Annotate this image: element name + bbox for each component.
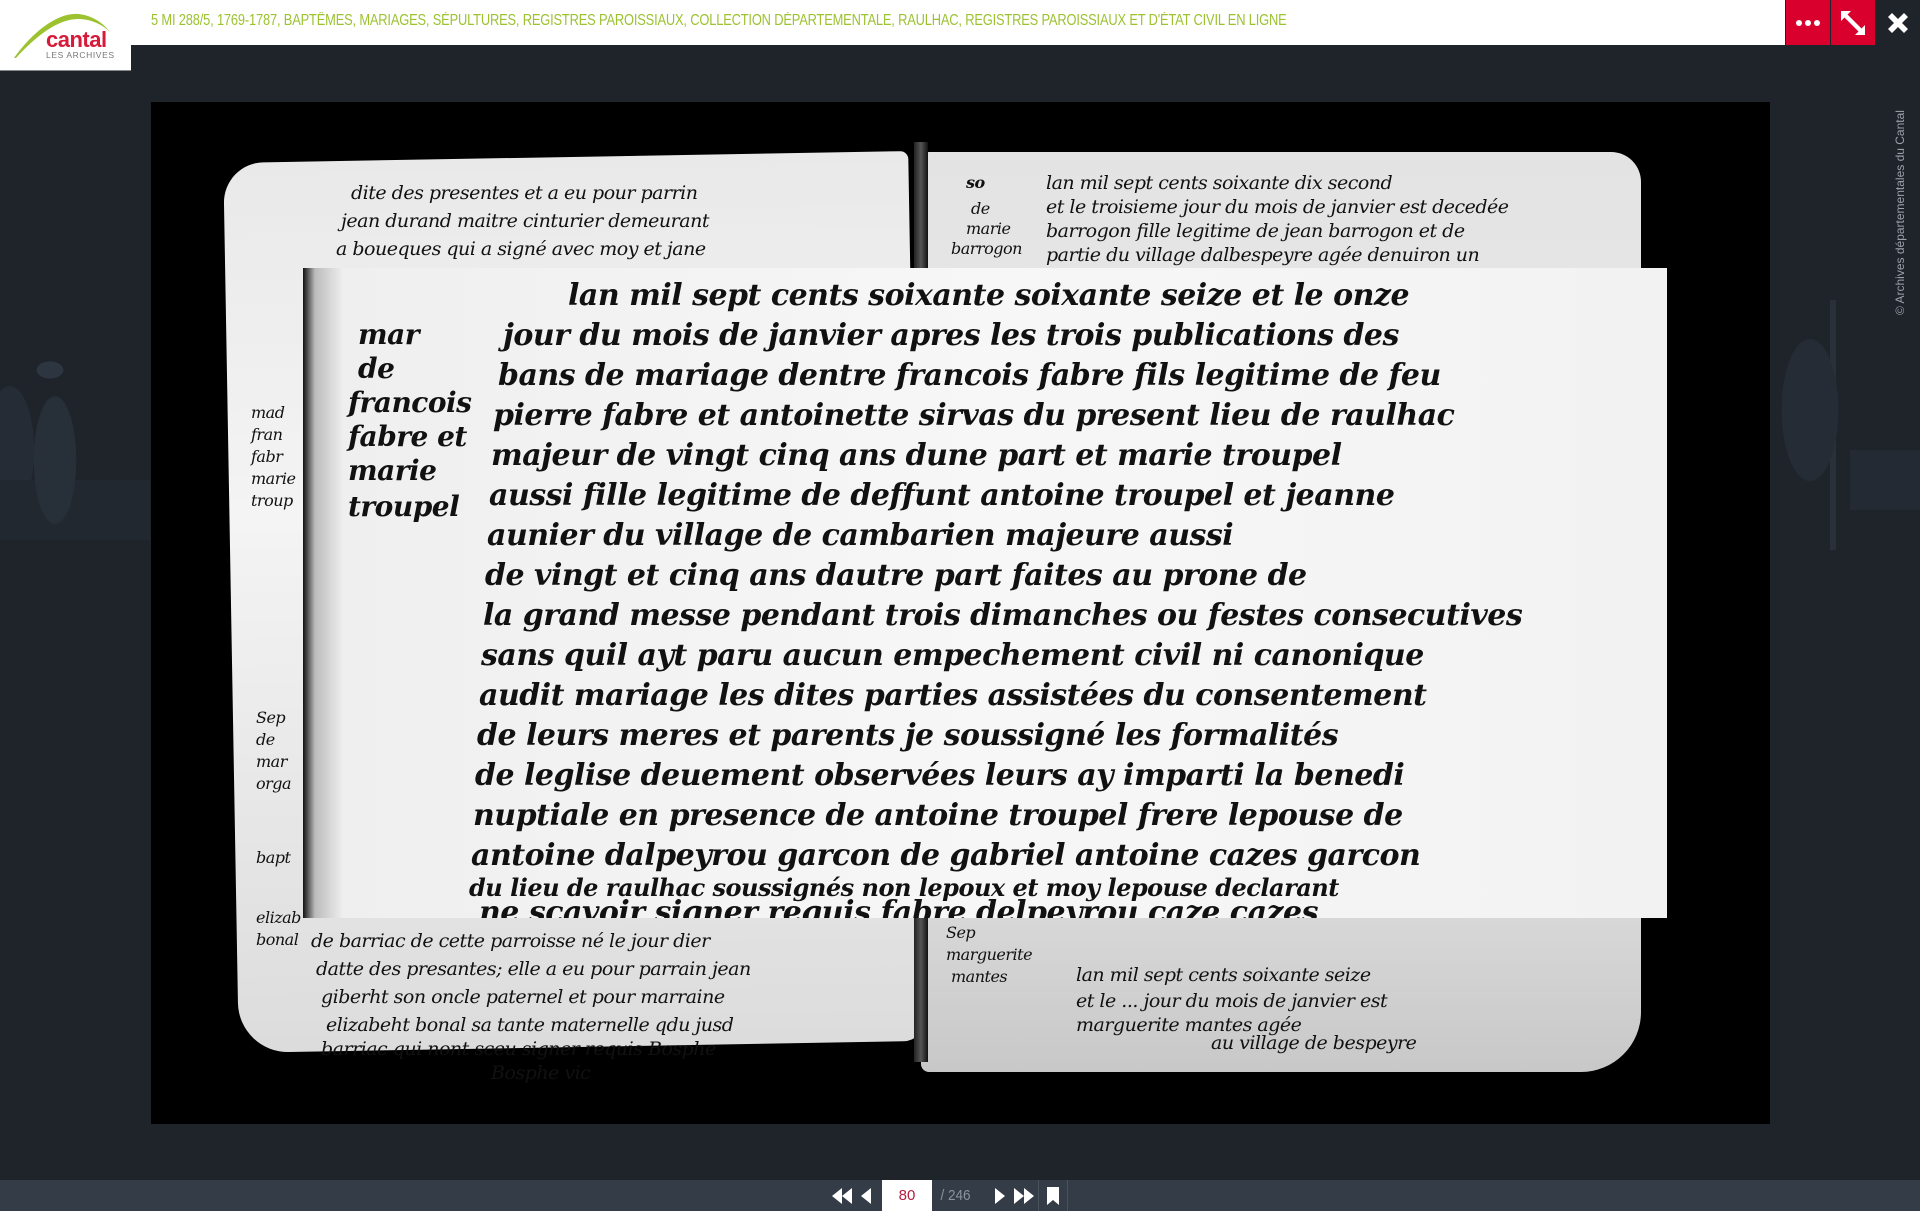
handwriting-line: audit mariage les dites parties assistée… (479, 676, 1427, 717)
first-page-button[interactable] (830, 1180, 854, 1211)
margin-note: de (971, 198, 990, 220)
handwriting-line: lan mil sept cents soixante seize (1076, 962, 1371, 988)
close-button[interactable] (1876, 0, 1920, 45)
last-page-button[interactable] (1012, 1180, 1036, 1211)
handwriting-line: dite des presentes et a eu pour parrin (351, 180, 697, 206)
close-x-icon (1886, 11, 1910, 35)
triangle-left-icon (860, 1187, 872, 1205)
handwriting-line: nuptiale en presence de antoine troupel … (473, 796, 1403, 837)
handwriting-line: Bosphe vic (491, 1060, 590, 1086)
handwriting-line: jean durand maitre cinturier demeurant (341, 208, 709, 234)
double-chevron-left-icon (831, 1187, 853, 1205)
handwriting-line: pierre fabre et antoinette sirvas du pre… (493, 396, 1454, 437)
handwriting-line: au village de bespeyre (1211, 1030, 1416, 1056)
margin-note: elizab (256, 907, 301, 929)
handwriting-line: majeur de vingt cinq ans dune part et ma… (491, 436, 1342, 477)
toolbar-divider (1038, 1180, 1039, 1211)
margin-note: troupel (348, 490, 459, 524)
handwriting-line: jour du mois de janvier apres les trois … (503, 316, 1399, 357)
handwriting-line: elizabeht bonal sa tante maternelle qdu … (326, 1012, 733, 1038)
margin-note: mar (256, 751, 287, 773)
bookmark-icon (1046, 1186, 1060, 1206)
expand-arrows-icon (1838, 8, 1868, 38)
handwriting-line: et le ... jour du mois de janvier est (1076, 988, 1387, 1014)
margin-note: orga (256, 773, 291, 795)
triangle-right-icon (994, 1187, 1006, 1205)
handwriting-line: sans quil ayt paru aucun empechement civ… (481, 636, 1424, 677)
header-bar: 5 MI 288/5, 1769-1787, BAPTÊMES, MARIAGE… (0, 0, 1785, 45)
margin-note: barrogon (951, 238, 1022, 260)
copyright-notice: © Archives départementales du Cantal (1893, 110, 1907, 315)
margin-note: fran (251, 424, 282, 446)
toolbar-divider (1067, 1180, 1068, 1211)
margin-note: Sep (946, 922, 975, 944)
handwriting-line: barrogon fille legitime de jean barrogon… (1046, 218, 1465, 244)
margin-note: mar (358, 318, 419, 352)
page-navigation: / 246 (830, 1180, 1070, 1211)
background-illustration-left (0, 300, 150, 540)
margin-note: bonal (256, 929, 298, 951)
margin-note: mantes (951, 966, 1007, 988)
margin-note: francois (348, 386, 471, 420)
margin-note: fabr (251, 446, 282, 468)
handwriting-line: aunier du village de cambarien majeure a… (487, 516, 1233, 557)
logo-subtitle: LES ARCHIVES (46, 50, 115, 60)
double-chevron-right-icon (1013, 1187, 1035, 1205)
margin-note: Sep (256, 707, 285, 729)
handwriting-line: bans de mariage dentre francois fabre fi… (498, 356, 1441, 397)
image-viewer-app: 5 MI 288/5, 1769-1787, BAPTÊMES, MARIAGE… (0, 0, 1920, 1211)
margin-note: marguerite (946, 944, 1032, 966)
margin-note: marie (966, 218, 1010, 240)
margin-note: troup (251, 490, 293, 512)
handwriting-line: de leurs meres et parents je soussigné l… (477, 716, 1338, 757)
fullscreen-button[interactable] (1831, 0, 1875, 45)
handwriting-line: la grand messe pendant trois dimanches o… (483, 596, 1522, 637)
total-pages-label: / 246 (941, 1187, 986, 1204)
handwriting-line: de vingt et cinq ans dautre part faites … (485, 556, 1307, 597)
handwriting-line: a boueques qui a signé avec moy et jane (336, 236, 706, 262)
margin-note: fabre et (348, 420, 467, 454)
handwriting-line: barriac qui nont sceu signer requis Bosp… (321, 1036, 716, 1062)
handwriting-line: lan mil sept cents soixante soixante sei… (568, 276, 1409, 317)
next-page-button[interactable] (988, 1180, 1012, 1211)
ellipsis-icon (1796, 20, 1820, 26)
margin-note: so (966, 172, 985, 194)
margin-note: mad (251, 402, 284, 424)
handwriting-line: de barriac de cette parroisse né le jour… (311, 928, 710, 954)
margin-note: bapt (256, 847, 290, 869)
current-page-input[interactable] (882, 1180, 932, 1211)
margin-note: marie (348, 454, 436, 488)
handwriting-line: giberht son oncle paternel et pour marra… (321, 984, 725, 1010)
background-illustration-right (1770, 300, 1920, 550)
handwriting-line: datte des presantes; elle a eu pour parr… (316, 956, 751, 982)
previous-page-button[interactable] (854, 1180, 878, 1211)
cantal-archives-logo[interactable]: cantal LES ARCHIVES (0, 0, 131, 70)
margin-note: marie (251, 468, 295, 490)
bottom-toolbar: / 246 (0, 1180, 1920, 1211)
handwriting-line: aussi fille legitime de deffunt antoine … (489, 476, 1394, 517)
handwriting-line: ne scavoir signer requis fabre delpeyrou… (479, 893, 1318, 918)
margin-note: de (358, 352, 394, 386)
document-image-viewer[interactable]: dite des presentes et a eu pour parrin j… (151, 102, 1770, 1124)
magnifier-zoom-overlay[interactable]: mar de francois fabre et marie troupel l… (303, 268, 1667, 918)
bookmark-button[interactable] (1041, 1180, 1065, 1211)
handwriting-line: de leglise deuement observées leurs ay i… (475, 756, 1404, 797)
document-title: 5 MI 288/5, 1769-1787, BAPTÊMES, MARIAGE… (151, 12, 1287, 30)
margin-note: de (256, 729, 275, 751)
handwriting-line: et le troisieme jour du mois de janvier … (1046, 194, 1509, 220)
handwriting-line: lan mil sept cents soixante dix second (1046, 170, 1392, 196)
more-options-button[interactable] (1786, 0, 1830, 45)
